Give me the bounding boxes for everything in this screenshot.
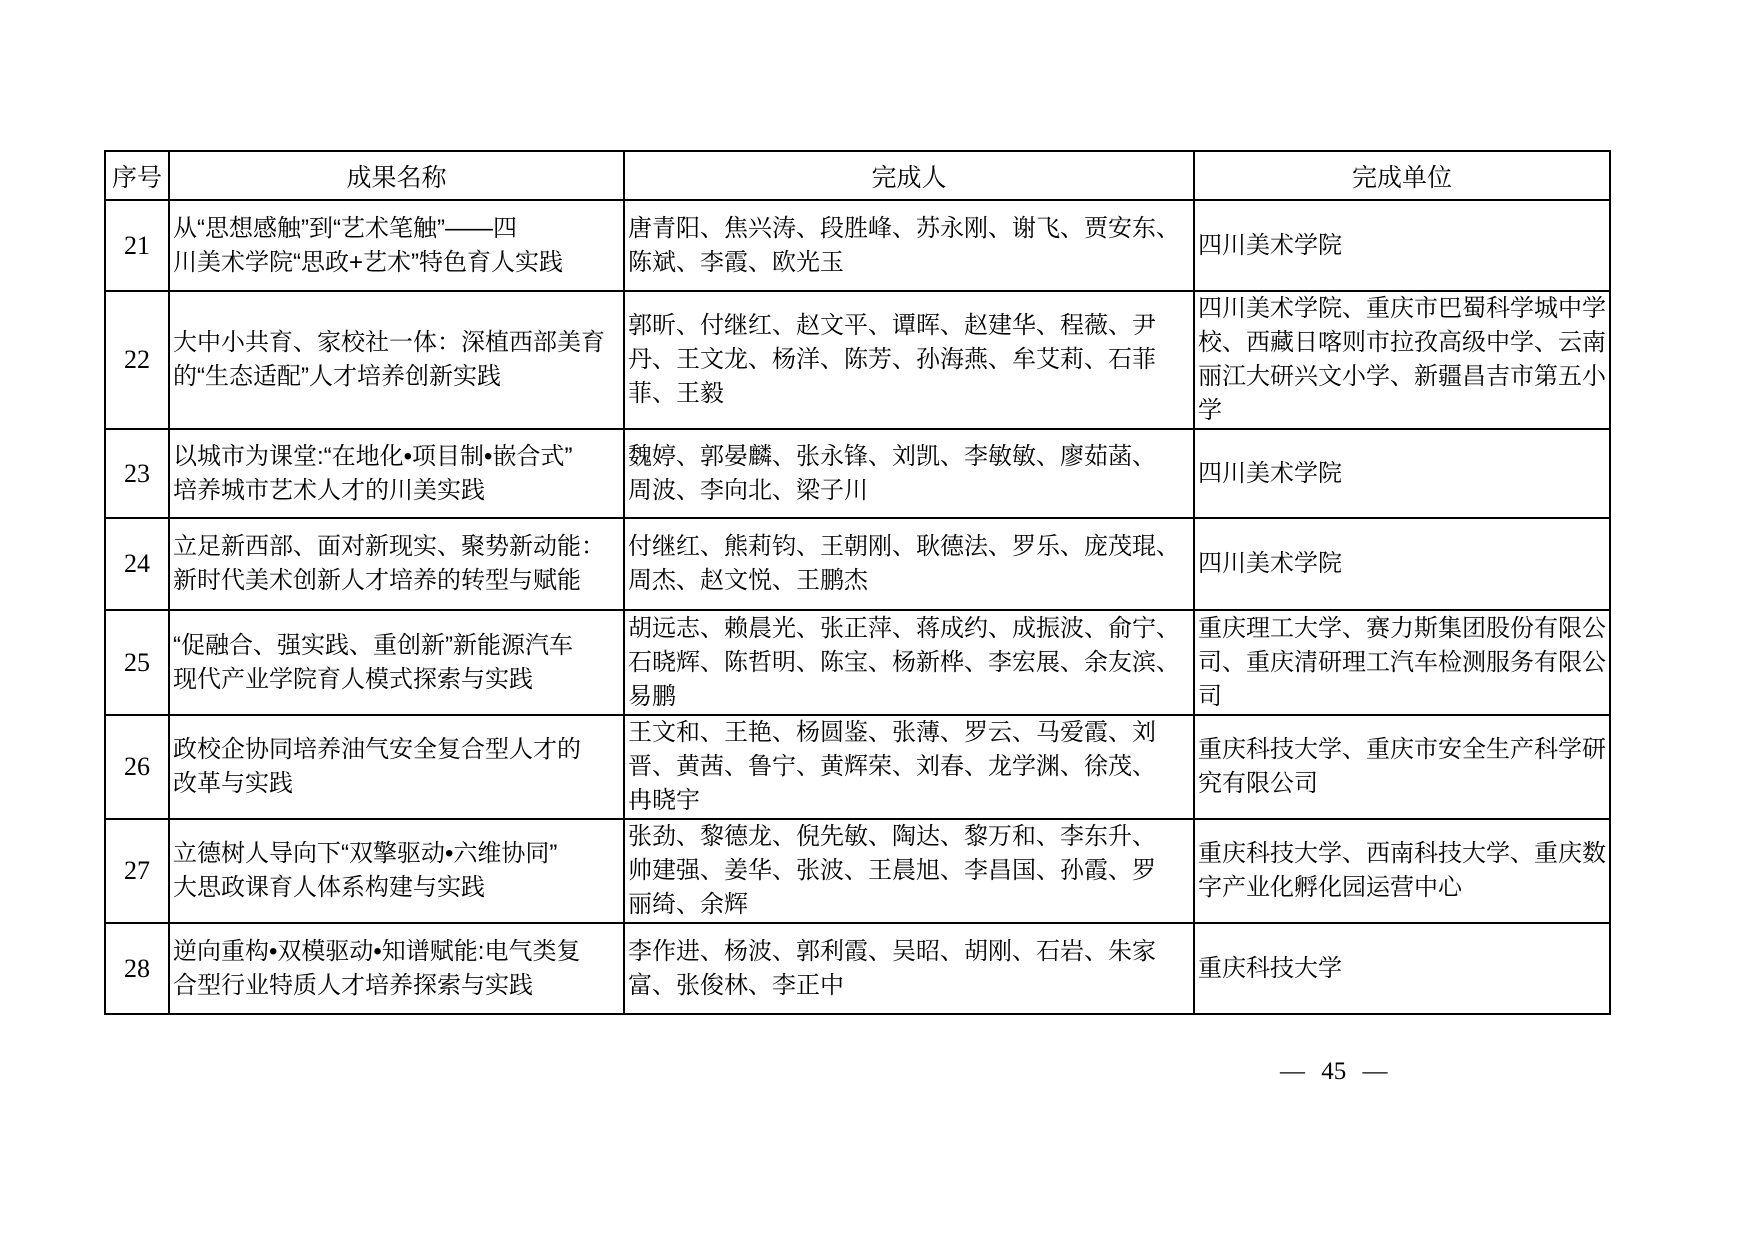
table-row: 23 以城市为课堂:“在地化•项目制•嵌合式” 培养城市艺术人才的川美实践 魏婷… (105, 429, 1610, 518)
achievements-table: 序号 成果名称 完成人 完成单位 21 从“思想感触”到“艺术笔触”——四 川美… (104, 150, 1611, 1015)
table-row: 25 “促融合、强实践、重创新”新能源汽车 现代产业学院育人模式探索与实践 胡远… (105, 610, 1610, 715)
table-row: 26 政校企协同培养油气安全复合型人才的 改革与实践 王文和、王艳、杨圆鉴、张薄… (105, 715, 1610, 819)
table-row: 24 立足新西部、面对新现实、聚势新动能： 新时代美术创新人才培养的转型与赋能 … (105, 518, 1610, 610)
document-page: { "page": { "page_number": "— 45 —" }, "… (0, 0, 1755, 1241)
completing-units-cell: 重庆理工大学、赛力斯集团股份有限公 司、重庆清研理工汽车检测服务有限公 司 (1194, 610, 1610, 715)
completing-units-cell: 重庆科技大学 (1194, 923, 1610, 1014)
completers-cell: 李作进、杨波、郭利霞、吴昭、胡刚、石岩、朱家 富、张俊林、李正中 (624, 923, 1194, 1014)
completing-units-cell: 四川美术学院 (1194, 200, 1610, 291)
table-header-row: 序号 成果名称 完成人 完成单位 (105, 151, 1610, 200)
table-row: 21 从“思想感触”到“艺术笔触”——四 川美术学院“思政+艺术”特色育人实践 … (105, 200, 1610, 291)
completers-cell: 付继红、熊莉钧、王朝刚、耿德法、罗乐、庞茂琨、 周杰、赵文悦、王鹏杰 (624, 518, 1194, 610)
completers-cell: 王文和、王艳、杨圆鉴、张薄、罗云、马爱霞、刘 晋、黄茜、鲁宁、黄辉荣、刘春、龙学… (624, 715, 1194, 819)
row-number-cell: 28 (105, 923, 169, 1014)
col-header-achievement-name: 成果名称 (169, 151, 624, 200)
completers-cell: 胡远志、赖晨光、张正萍、蒋成约、成振波、俞宁、 石晓辉、陈哲明、陈宝、杨新桦、李… (624, 610, 1194, 715)
col-header-completers: 完成人 (624, 151, 1194, 200)
row-number-cell: 26 (105, 715, 169, 819)
completers-cell: 唐青阳、焦兴涛、段胜峰、苏永刚、谢飞、贾安东、 陈斌、李霞、欧光玉 (624, 200, 1194, 291)
achievement-name-cell: 从“思想感触”到“艺术笔触”——四 川美术学院“思政+艺术”特色育人实践 (169, 200, 624, 291)
row-number-cell: 23 (105, 429, 169, 518)
col-header-index: 序号 (105, 151, 169, 200)
row-number-cell: 25 (105, 610, 169, 715)
achievement-name-cell: 立德树人导向下“双擎驱动•六维协同” 大思政课育人体系构建与实践 (169, 819, 624, 923)
achievement-name-cell: “促融合、强实践、重创新”新能源汽车 现代产业学院育人模式探索与实践 (169, 610, 624, 715)
row-number-cell: 24 (105, 518, 169, 610)
completing-units-cell: 重庆科技大学、西南科技大学、重庆数 字产业化孵化园运营中心 (1194, 819, 1610, 923)
completing-units-cell: 四川美术学院 (1194, 429, 1610, 518)
achievement-name-cell: 立足新西部、面对新现实、聚势新动能： 新时代美术创新人才培养的转型与赋能 (169, 518, 624, 610)
achievement-name-cell: 大中小共育、家校社一体：深植西部美育 的“生态适配”人才培养创新实践 (169, 291, 624, 429)
completers-cell: 魏婷、郭晏麟、张永锋、刘凯、李敏敏、廖茹菡、 周波、李向北、梁子川 (624, 429, 1194, 518)
completers-cell: 郭昕、付继红、赵文平、谭晖、赵建华、程薇、尹 丹、王文龙、杨洋、陈芳、孙海燕、牟… (624, 291, 1194, 429)
table-row: 27 立德树人导向下“双擎驱动•六维协同” 大思政课育人体系构建与实践 张劲、黎… (105, 819, 1610, 923)
table-row: 28 逆向重构•双模驱动•知谱赋能:电气类复 合型行业特质人才培养探索与实践 李… (105, 923, 1610, 1014)
row-number-cell: 27 (105, 819, 169, 923)
achievement-name-cell: 政校企协同培养油气安全复合型人才的 改革与实践 (169, 715, 624, 819)
achievement-name-cell: 以城市为课堂:“在地化•项目制•嵌合式” 培养城市艺术人才的川美实践 (169, 429, 624, 518)
completing-units-cell: 四川美术学院 (1194, 518, 1610, 610)
completing-units-cell: 四川美术学院、重庆市巴蜀科学城中学 校、西藏日喀则市拉孜高级中学、云南 丽江大研… (1194, 291, 1610, 429)
table-row: 22 大中小共育、家校社一体：深植西部美育 的“生态适配”人才培养创新实践 郭昕… (105, 291, 1610, 429)
completers-cell: 张劲、黎德龙、倪先敏、陶达、黎万和、李东升、 帅建强、姜华、张波、王晨旭、李昌国… (624, 819, 1194, 923)
row-number-cell: 21 (105, 200, 169, 291)
completing-units-cell: 重庆科技大学、重庆市安全生产科学研 究有限公司 (1194, 715, 1610, 819)
page-number: — 45 — (1280, 1058, 1388, 1086)
row-number-cell: 22 (105, 291, 169, 429)
col-header-completing-units: 完成单位 (1194, 151, 1610, 200)
achievement-name-cell: 逆向重构•双模驱动•知谱赋能:电气类复 合型行业特质人才培养探索与实践 (169, 923, 624, 1014)
